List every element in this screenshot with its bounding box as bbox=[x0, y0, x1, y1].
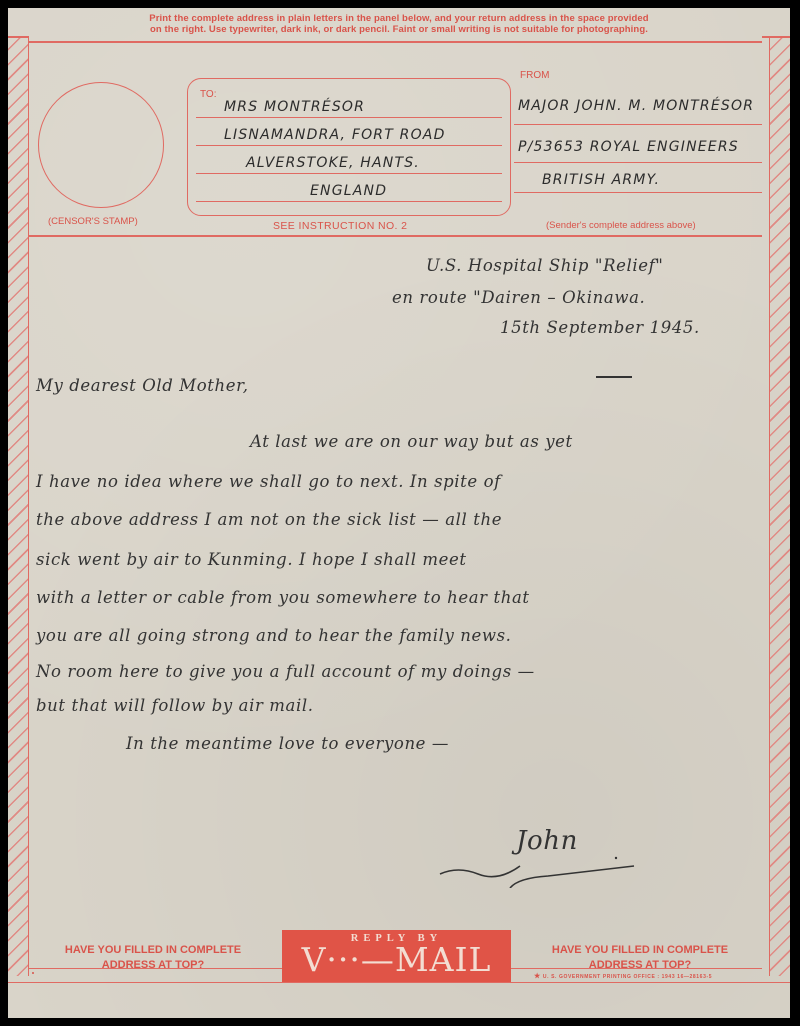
address-line-1 bbox=[196, 117, 502, 118]
letter-body-line-1: At last we are on our way but as yet bbox=[250, 432, 573, 451]
bullet-dot bbox=[32, 972, 34, 974]
letter-body-line-4: sick went by air to Kunming. I hope I sh… bbox=[36, 550, 467, 569]
letter-body-line-6: you are all going strong and to hear the… bbox=[36, 626, 512, 645]
see-instruction-label: SEE INSTRUCTION NO. 2 bbox=[273, 220, 407, 232]
letter-body-line-2: I have no idea where we shall go to next… bbox=[36, 472, 501, 491]
vmail-letter-sheet: Print the complete address in plain lett… bbox=[8, 8, 790, 1018]
letter-heading-date: 15th September 1945. bbox=[500, 318, 700, 337]
left-strip-bottom-line bbox=[8, 982, 28, 983]
left-hatched-border bbox=[8, 36, 29, 976]
censor-stamp-label: (CENSOR'S STAMP) bbox=[48, 216, 138, 227]
right-strip-bottom-line bbox=[762, 982, 790, 983]
from-line-1 bbox=[514, 124, 762, 125]
bottom-reminder-right-line-2: ADDRESS AT TOP? bbox=[520, 958, 760, 973]
right-strip-top-line bbox=[762, 36, 790, 38]
recipient-country: ENGLAND bbox=[310, 183, 387, 199]
letter-heading-route: en route "Dairen – Okinawa. bbox=[392, 288, 645, 307]
vmail-wordmark: V···—MAIL bbox=[282, 944, 511, 976]
letter-closing: In the meantime love to everyone — bbox=[126, 734, 449, 753]
letter-body-line-5: with a letter or cable from you somewher… bbox=[36, 588, 530, 607]
instructions-line-2: on the right. Use typewriter, dark ink, … bbox=[8, 24, 790, 35]
signature-flourish bbox=[438, 848, 658, 888]
bottom-rule-lower bbox=[28, 982, 762, 983]
header-separator bbox=[28, 235, 762, 237]
letter-body-line-8: but that will follow by air mail. bbox=[36, 696, 314, 715]
form-instructions: Print the complete address in plain lett… bbox=[8, 13, 790, 35]
address-line-3 bbox=[196, 173, 502, 174]
sender-army: BRITISH ARMY. bbox=[542, 172, 660, 188]
instructions-line-1: Print the complete address in plain lett… bbox=[8, 13, 790, 24]
recipient-street: LISNAMANDRA, FORT ROAD bbox=[224, 127, 446, 143]
recipient-address-panel[interactable]: TO: MRS MONTRÉSOR LISNAMANDRA, FORT ROAD… bbox=[187, 78, 511, 216]
right-hatched-border bbox=[769, 36, 790, 976]
from-line-3 bbox=[514, 192, 762, 193]
bottom-reminder-right-line-1: HAVE YOU FILLED IN COMPLETE bbox=[520, 943, 760, 958]
letter-body-line-7: No room here to give you a full account … bbox=[36, 662, 535, 681]
sender-unit: P/53653 ROYAL ENGINEERS bbox=[518, 139, 739, 155]
from-line-2 bbox=[514, 162, 762, 163]
printing-office-text: U. S. GOVERNMENT PRINTING OFFICE : 1943 … bbox=[543, 974, 712, 980]
reply-by-vmail-logo: REPLY BY V···—MAIL bbox=[282, 930, 511, 982]
recipient-name: MRS MONTRÉSOR bbox=[224, 99, 365, 115]
address-line-2 bbox=[196, 145, 502, 146]
bottom-reminder-left-line-1: HAVE YOU FILLED IN COMPLETE bbox=[38, 943, 268, 958]
address-line-4 bbox=[196, 201, 502, 202]
bottom-reminder-left-line-2: ADDRESS AT TOP? bbox=[38, 958, 268, 973]
recipient-town: ALVERSTOKE, HANTS. bbox=[246, 155, 420, 171]
date-underline bbox=[596, 376, 632, 378]
star-icon: ★ bbox=[534, 973, 541, 980]
letter-heading-ship: U.S. Hospital Ship "Relief" bbox=[426, 256, 663, 275]
from-label: FROM bbox=[520, 70, 549, 81]
letter-body-line-3: the above address I am not on the sick l… bbox=[36, 510, 502, 529]
left-strip-top-line bbox=[8, 36, 28, 38]
sender-note: (Sender's complete address above) bbox=[546, 220, 696, 231]
letter-salutation: My dearest Old Mother, bbox=[36, 376, 249, 395]
sender-name: MAJOR JOHN. M. MONTRÉSOR bbox=[518, 98, 754, 114]
censor-stamp-circle bbox=[38, 82, 164, 208]
top-rule bbox=[28, 41, 762, 43]
to-label: TO: bbox=[200, 89, 216, 100]
printing-office-imprint: ★ U. S. GOVERNMENT PRINTING OFFICE : 194… bbox=[534, 972, 712, 980]
